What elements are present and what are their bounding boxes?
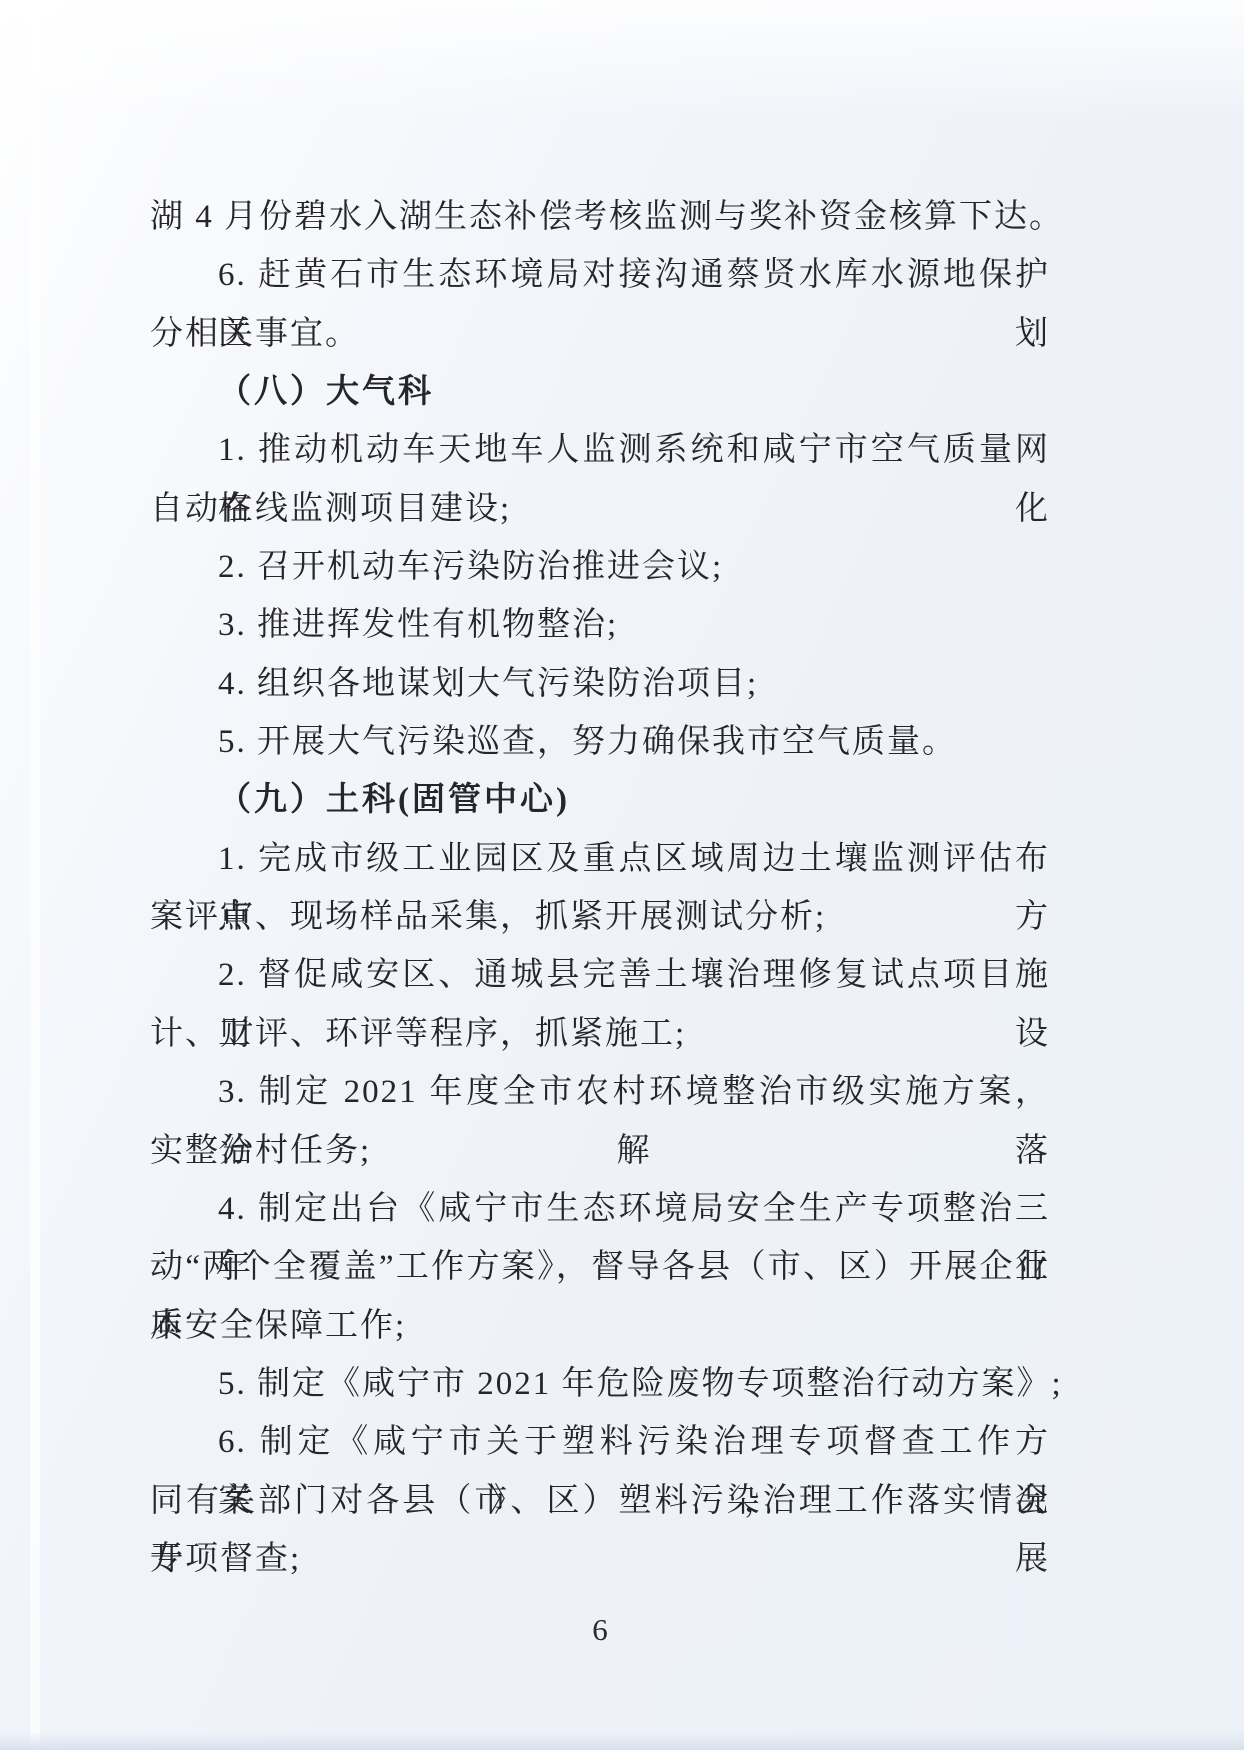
text-line: 1. 推动机动车天地车人监测系统和咸宁市空气质量网格化 — [150, 421, 1050, 479]
document-page: 湖 4 月份碧水入湖生态补偿考核监测与奖补资金核算下达。6. 赶黄石市生态环境局… — [0, 0, 1244, 1750]
text-line: 4. 组织各地谋划大气污染防治项目; — [150, 655, 1050, 713]
section-heading: （八）大气科 — [150, 363, 1050, 421]
text-line: 4. 制定出台《咸宁市生态环境局安全生产专项整治三年行 — [150, 1180, 1050, 1238]
text-line: 同有关部门对各县（市、区）塑料污染治理工作落实情况开展 — [150, 1472, 1050, 1530]
text-line: 1. 完成市级工业园区及重点区域周边土壤监测评估布点方 — [150, 830, 1050, 888]
scan-top-fade — [0, 0, 1244, 120]
scan-left-streak — [30, 0, 40, 1750]
page-number: 6 — [150, 1612, 1050, 1648]
text-line: 3. 制定 2021 年度全市农村环境整治市级实施方案，分解落 — [150, 1063, 1050, 1121]
text-line: 5. 开展大气污染巡查，努力确保我市空气质量。 — [150, 713, 1050, 771]
text-line: 5. 制定《咸宁市 2021 年危险废物专项整治行动方案》; — [150, 1355, 1050, 1413]
scan-bottom-band — [0, 1732, 1244, 1750]
text-line: 2. 召开机动车污染防治推进会议; — [150, 538, 1050, 596]
text-line: 6. 制定《咸宁市关于塑料污染治理专项督查工作方案》，会 — [150, 1413, 1050, 1471]
text-line: 6. 赶黄石市生态环境局对接沟通蔡贤水库水源地保护区划 — [150, 246, 1050, 304]
text-line: 质安全保障工作; — [150, 1297, 1050, 1355]
section-heading: （九）土科(固管中心) — [150, 771, 1050, 829]
text-line: 动“两个全覆盖”工作方案》，督导各县（市、区）开展企业本 — [150, 1238, 1050, 1296]
text-line: 2. 督促咸安区、通城县完善土壤治理修复试点项目施工设 — [150, 946, 1050, 1004]
text-line: 湖 4 月份碧水入湖生态补偿考核监测与奖补资金核算下达。 — [150, 188, 1050, 246]
document-text-block: 湖 4 月份碧水入湖生态补偿考核监测与奖补资金核算下达。6. 赶黄石市生态环境局… — [150, 188, 1050, 1588]
text-line: 3. 推进挥发性有机物整治; — [150, 596, 1050, 654]
